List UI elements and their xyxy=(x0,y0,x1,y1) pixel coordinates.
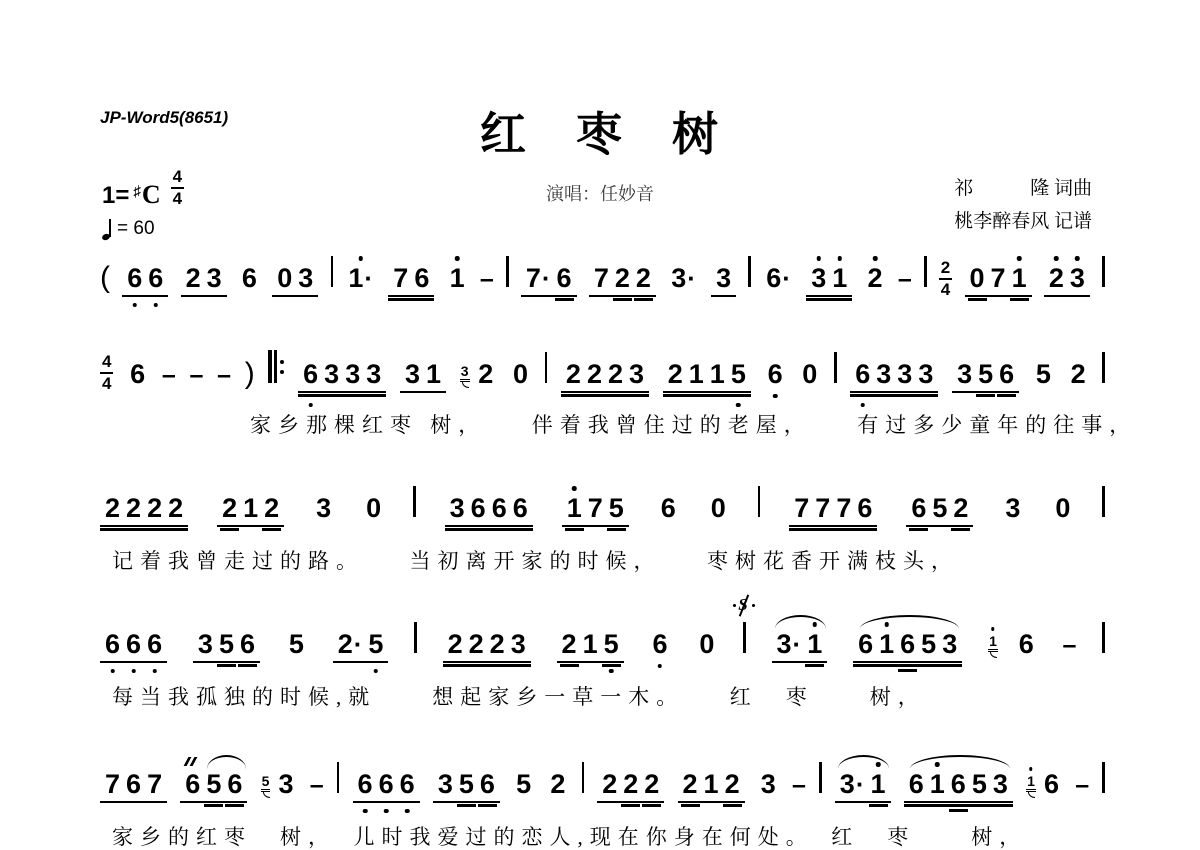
note-number: 2 xyxy=(338,629,353,659)
note: 5 xyxy=(203,771,224,798)
note: 6 xyxy=(300,361,321,388)
note: 3 xyxy=(435,771,456,798)
note: 3· xyxy=(837,771,868,798)
note: 0 xyxy=(967,265,988,292)
note-number: 3 xyxy=(918,359,933,389)
note-number: 3 xyxy=(366,359,381,389)
note-number: 5 xyxy=(604,629,619,659)
note-number: 7 xyxy=(147,769,162,799)
repeat-bar xyxy=(274,350,277,383)
note: 1· xyxy=(345,265,376,292)
note: 6 xyxy=(852,361,873,388)
note: 3 xyxy=(363,361,384,388)
note-number: 1 xyxy=(807,629,822,659)
note-number: 7 xyxy=(105,769,120,799)
note-number: 5 xyxy=(459,769,474,799)
note: 6 xyxy=(1041,771,1062,798)
note-number: 7 xyxy=(594,263,609,293)
note-number: 5 xyxy=(289,629,304,659)
note-number: 1 xyxy=(567,493,582,523)
meter-numerator: 4 xyxy=(171,168,184,189)
note-number: 3 xyxy=(993,769,1008,799)
note-number: 6 xyxy=(766,263,781,293)
note-number: 6 xyxy=(127,263,142,293)
note-number: 1 xyxy=(871,769,886,799)
beam-group: 215 xyxy=(557,631,624,663)
duration-dash: – xyxy=(480,267,494,292)
note-number: 2 xyxy=(1071,359,1086,389)
octave-dot-high xyxy=(572,486,577,491)
note-number: 6 xyxy=(652,629,667,659)
note: 6· xyxy=(763,265,794,292)
beam-group: 23 xyxy=(181,265,227,297)
octave-dot-low xyxy=(131,669,136,674)
note-number: 3 xyxy=(405,359,420,389)
note: 3 xyxy=(447,495,468,522)
note: 3 xyxy=(758,771,779,798)
repeat-start-icon xyxy=(268,350,284,383)
note: 0 xyxy=(363,495,384,522)
note: 3 xyxy=(195,631,216,658)
octave-dot-low xyxy=(773,394,778,399)
key-tempo-block: 1=♯C 4 4 = 60 xyxy=(102,168,184,240)
beam-group: 31 xyxy=(806,265,852,297)
beam-group: 356 xyxy=(193,631,260,663)
note: 2 xyxy=(102,495,123,522)
note: 7 xyxy=(988,265,1009,292)
note: 1 xyxy=(686,361,707,388)
note: 1 xyxy=(707,361,728,388)
repeat-dot xyxy=(280,370,284,374)
note: 2 xyxy=(584,361,605,388)
note: 1 xyxy=(447,265,468,292)
note-number: 3 xyxy=(897,359,912,389)
note: 5 xyxy=(969,771,990,798)
octave-dot-low xyxy=(154,303,159,308)
note: 2 xyxy=(261,495,282,522)
note-number: 2 xyxy=(615,263,630,293)
beam-group: 2·5 xyxy=(333,631,389,663)
note-number: 0 xyxy=(1055,493,1070,523)
note: 6 xyxy=(182,771,203,798)
note: 3 xyxy=(402,361,423,388)
note-number: 6 xyxy=(358,769,373,799)
ts-numerator: 2 xyxy=(939,259,952,280)
note: 6 xyxy=(489,495,510,522)
grace-number: 1 xyxy=(988,634,998,652)
note-number: 6 xyxy=(185,769,200,799)
augmentation-dot: · xyxy=(856,769,865,799)
beam-group: 31 xyxy=(400,361,446,393)
duration-dash: – xyxy=(217,363,231,388)
note: 7 xyxy=(591,265,612,292)
note: 2 xyxy=(144,495,165,522)
mordent-icon xyxy=(184,757,192,766)
augmentation-dot: · xyxy=(364,263,373,293)
note-number: 1 xyxy=(689,359,704,389)
note: 0 xyxy=(274,265,295,292)
beam-group: 6333 xyxy=(850,361,938,393)
note: 2 xyxy=(165,495,186,522)
note-number: 2 xyxy=(448,629,463,659)
note: 1 xyxy=(580,631,601,658)
meter-fraction: 4 4 xyxy=(171,168,184,208)
beam-group: 03 xyxy=(272,265,318,297)
note: 2 xyxy=(620,771,641,798)
augmentation-dot: · xyxy=(542,263,551,293)
quarter-note-icon xyxy=(102,218,114,240)
note-number: 6 xyxy=(126,629,141,659)
barline xyxy=(924,256,927,287)
beam-group: 722 xyxy=(589,265,656,297)
note-number: 2 xyxy=(126,493,141,523)
note-number: 3 xyxy=(324,359,339,389)
note-number: 2 xyxy=(668,359,683,389)
grace-hook xyxy=(1028,792,1035,798)
barline xyxy=(758,486,761,517)
note-number: 7 xyxy=(991,263,1006,293)
note-number: 3 xyxy=(716,263,731,293)
note-number: 6 xyxy=(147,629,162,659)
octave-dot-high xyxy=(455,256,460,261)
note: 1 xyxy=(868,771,889,798)
note: 1 xyxy=(804,631,825,658)
note-number: 0 xyxy=(699,629,714,659)
note-number: 5 xyxy=(1036,359,1051,389)
note: 3 xyxy=(508,631,529,658)
note: 6 xyxy=(411,265,432,292)
repeat-bar xyxy=(268,350,272,383)
note-number: 2 xyxy=(186,263,201,293)
barline xyxy=(1102,622,1105,653)
note: 5 xyxy=(929,495,950,522)
note: 5 xyxy=(216,631,237,658)
grace-note: 5 xyxy=(261,774,271,792)
note-number: 2 xyxy=(602,769,617,799)
grace-number: 3 xyxy=(460,364,470,382)
beam-group: 61653 xyxy=(904,771,1013,803)
augmentation-dot: · xyxy=(782,263,791,293)
score-line: 76765653–666356522222123–3·16165316–家乡的红… xyxy=(100,762,1105,850)
octave-dot-high xyxy=(1017,256,1022,261)
note-number: 1 xyxy=(704,769,719,799)
beam-group: 3 xyxy=(711,265,736,297)
note-number: 3 xyxy=(345,359,360,389)
note: 2 xyxy=(612,265,633,292)
note: 6 xyxy=(658,495,679,522)
note-number: 6 xyxy=(900,629,915,659)
note-number: 6 xyxy=(1044,769,1059,799)
note-number: 1 xyxy=(450,263,465,293)
barline: S xyxy=(743,622,746,653)
note-number: 3 xyxy=(629,359,644,389)
note-number: 3 xyxy=(198,629,213,659)
beam-group: 212 xyxy=(678,771,745,803)
duration-dash: – xyxy=(1063,633,1077,658)
note: 2 xyxy=(680,771,701,798)
note: 2 xyxy=(1068,361,1089,388)
note-number: 2 xyxy=(562,629,577,659)
note: 2 xyxy=(547,771,568,798)
beam-group: 175 xyxy=(562,495,629,527)
lyrics-row: 家乡那棵红枣 树， 伴着我曾住过的老屋， 有过多少童年的往事， xyxy=(100,409,1105,439)
score-line: 222221230366617560777665230记着我曾走过的路。 当初离… xyxy=(100,486,1105,575)
barline xyxy=(1102,352,1105,383)
note: 6 xyxy=(908,495,929,522)
octave-dot-low xyxy=(861,403,866,408)
note: 3 xyxy=(713,265,734,292)
duration-dash: – xyxy=(792,773,806,798)
note: 6 xyxy=(906,771,927,798)
note-number: 6 xyxy=(414,263,429,293)
note: 3 xyxy=(295,265,316,292)
duration-dash: – xyxy=(898,267,912,292)
beam-group: 356 xyxy=(952,361,1019,393)
duration-dash: – xyxy=(190,363,204,388)
note-number: 0 xyxy=(970,263,985,293)
note: 6 xyxy=(102,631,123,658)
note: 5 xyxy=(918,631,939,658)
barline xyxy=(748,256,751,287)
segno-dot xyxy=(752,604,755,607)
note-number: 6 xyxy=(951,769,966,799)
note-number: 7 xyxy=(815,493,830,523)
note: 1 xyxy=(1009,265,1030,292)
note-number: 5 xyxy=(609,493,624,523)
note: 5 xyxy=(365,631,386,658)
note-number: 3 xyxy=(450,493,465,523)
note-number: 0 xyxy=(802,359,817,389)
note: 3 xyxy=(1002,495,1023,522)
note-number: 2 xyxy=(566,359,581,389)
repeat-dots xyxy=(280,350,284,383)
note-number: 2 xyxy=(587,359,602,389)
beam-group: 222 xyxy=(597,771,664,803)
repeat-dot xyxy=(280,360,284,364)
note: 6 xyxy=(510,495,531,522)
composer-credit: 祁 隆 词曲 xyxy=(954,172,1092,205)
note: 2 xyxy=(219,495,240,522)
note: 6 xyxy=(376,771,397,798)
note-number: 0 xyxy=(366,493,381,523)
beam-group: 666 xyxy=(100,631,167,663)
note-number: 6 xyxy=(130,359,145,389)
note: 3 xyxy=(204,265,225,292)
octave-dot-high xyxy=(812,622,817,627)
note: 7· xyxy=(523,265,554,292)
duration-dash: – xyxy=(1075,773,1089,798)
note-number: 0 xyxy=(711,493,726,523)
note-number: 6 xyxy=(999,359,1014,389)
note-number: 1 xyxy=(243,493,258,523)
note: 3 xyxy=(1067,265,1088,292)
note: 1 xyxy=(829,265,850,292)
octave-dot-high xyxy=(838,256,843,261)
note: 7 xyxy=(812,495,833,522)
note: 2 xyxy=(563,361,584,388)
note: 2 xyxy=(123,495,144,522)
note-number: 2 xyxy=(147,493,162,523)
beam-group: 6333 xyxy=(298,361,386,393)
note: 1 xyxy=(423,361,444,388)
note-number: 5 xyxy=(219,629,234,659)
ts-denominator: 4 xyxy=(941,280,950,299)
note: 2 xyxy=(722,771,743,798)
music-row: 446–––)6333313202223211560633335652 xyxy=(100,350,1105,394)
key-signature: 1=♯C 4 4 xyxy=(102,168,184,208)
beam-group: 767 xyxy=(100,771,167,803)
note-number: 2 xyxy=(222,493,237,523)
note: 0 xyxy=(708,495,729,522)
score-line: (66236031·761–7·67223·36·312–2407123 xyxy=(100,256,1105,300)
note-number: 3 xyxy=(840,769,855,799)
note-number: 1 xyxy=(583,629,598,659)
note-number: 2 xyxy=(644,769,659,799)
beam-group: 3·1 xyxy=(835,771,891,803)
note: 6 xyxy=(948,771,969,798)
note-number: 5 xyxy=(731,359,746,389)
note: 2 xyxy=(559,631,580,658)
note-number: 6 xyxy=(471,493,486,523)
note-number: 6 xyxy=(126,769,141,799)
note: 3 xyxy=(342,361,363,388)
beam-group: 3666 xyxy=(445,495,533,527)
note: 1 xyxy=(876,631,897,658)
sharp-icon: ♯ xyxy=(133,184,141,199)
note-number: 2 xyxy=(469,629,484,659)
time-signature: 44 xyxy=(100,353,113,393)
note: 6 xyxy=(145,265,166,292)
note-number: 3 xyxy=(1005,493,1020,523)
beam-group: 7·6 xyxy=(521,265,577,297)
note-number: 0 xyxy=(513,359,528,389)
note: 6 xyxy=(123,771,144,798)
note: 6 xyxy=(649,631,670,658)
barline xyxy=(414,622,417,653)
grace-hook xyxy=(462,382,469,388)
credits-block: 祁 隆 词曲 桃李醉春风 记谱 xyxy=(954,172,1092,239)
beam-group: 3·1 xyxy=(772,631,828,663)
note: 3 xyxy=(313,495,334,522)
tempo-marking: = 60 xyxy=(102,218,184,240)
note-number: 5 xyxy=(932,493,947,523)
note: 2· xyxy=(335,631,366,658)
note: 6 xyxy=(855,631,876,658)
note-number: 2 xyxy=(105,493,120,523)
note: 6 xyxy=(124,265,145,292)
grace-hook xyxy=(263,792,270,798)
barline xyxy=(337,762,340,793)
note: 6 xyxy=(127,361,148,388)
augmentation-dot: · xyxy=(354,629,363,659)
note: 3· xyxy=(774,631,805,658)
note: 6 xyxy=(355,771,376,798)
note-number: 3 xyxy=(777,629,792,659)
note-number: 0 xyxy=(277,263,292,293)
lyrics-row: 记着我曾走过的路。 当初离开家的时候， 枣树花香开满枝头， xyxy=(100,545,1105,575)
note: 7 xyxy=(833,495,854,522)
note: 6 xyxy=(554,265,575,292)
key-letter: C xyxy=(142,182,161,208)
note-number: 6 xyxy=(1019,629,1034,659)
note-number: 2 xyxy=(478,359,493,389)
beam-group: 356 xyxy=(433,771,500,803)
beam-group: 2222 xyxy=(100,495,188,527)
note-number: 1 xyxy=(710,359,725,389)
note: 5 xyxy=(456,771,477,798)
note-number: 3 xyxy=(1070,263,1085,293)
note: 6 xyxy=(765,361,786,388)
parenthesis: ) xyxy=(245,359,255,389)
note-number: 6 xyxy=(240,629,255,659)
note: 3 xyxy=(321,361,342,388)
octave-dot-low xyxy=(133,303,138,308)
note: 2 xyxy=(1046,265,1067,292)
note: 6 xyxy=(897,631,918,658)
music-row: 76765653–666356522222123–3·16165316– xyxy=(100,762,1105,806)
note: 3 xyxy=(894,361,915,388)
note: 2 xyxy=(665,361,686,388)
parenthesis: ( xyxy=(100,263,110,293)
note: 6 xyxy=(996,361,1017,388)
music-row: 66635652·5222321560S3·16165316– xyxy=(100,622,1105,666)
note: 7 xyxy=(102,771,123,798)
meter-denominator: 4 xyxy=(173,189,182,208)
beam-group: 652 xyxy=(906,495,973,527)
note-number: 2 xyxy=(490,629,505,659)
beam-group: 76 xyxy=(388,265,434,297)
note-number: 6 xyxy=(400,769,415,799)
score-line: 446–––)6333313202223211560633335652家乡那棵红… xyxy=(100,350,1105,439)
note-number: 6 xyxy=(379,769,394,799)
note-number: 1 xyxy=(930,769,945,799)
octave-dot-low xyxy=(308,403,313,408)
augmentation-dot: · xyxy=(793,629,802,659)
segno-icon: S xyxy=(736,595,752,617)
barline xyxy=(1102,762,1105,793)
tempo-value: = 60 xyxy=(117,219,155,238)
beam-group: 666 xyxy=(353,771,420,803)
note: 5 xyxy=(601,631,622,658)
grace-hook xyxy=(990,652,997,658)
note-number: 6 xyxy=(148,263,163,293)
note-number: 6 xyxy=(227,769,242,799)
barline xyxy=(1102,486,1105,517)
note: 7 xyxy=(144,771,165,798)
beam-group: 61653 xyxy=(853,631,962,663)
note-number: 6 xyxy=(303,359,318,389)
barline xyxy=(1102,256,1105,287)
note-number: 3 xyxy=(438,769,453,799)
note: 3 xyxy=(939,631,960,658)
note-number: 2 xyxy=(168,493,183,523)
note-number: 3 xyxy=(298,263,313,293)
note-number: 5 xyxy=(368,629,383,659)
note-number: 1 xyxy=(1012,263,1027,293)
barline xyxy=(834,352,837,383)
lyrics-row: 每当我孤独的时候,就 想起家乡一草一木。 红 枣 树， xyxy=(100,681,1105,711)
note: 0 xyxy=(510,361,531,388)
beam-group: 2223 xyxy=(443,631,531,663)
octave-dot-high xyxy=(884,622,889,627)
note-number: 7 xyxy=(836,493,851,523)
note-number: 2 xyxy=(264,493,279,523)
note: 1 xyxy=(927,771,948,798)
octave-dot-high xyxy=(935,762,940,767)
note-number: 2 xyxy=(636,263,651,293)
note: 6 xyxy=(477,771,498,798)
note: 2 xyxy=(633,265,654,292)
